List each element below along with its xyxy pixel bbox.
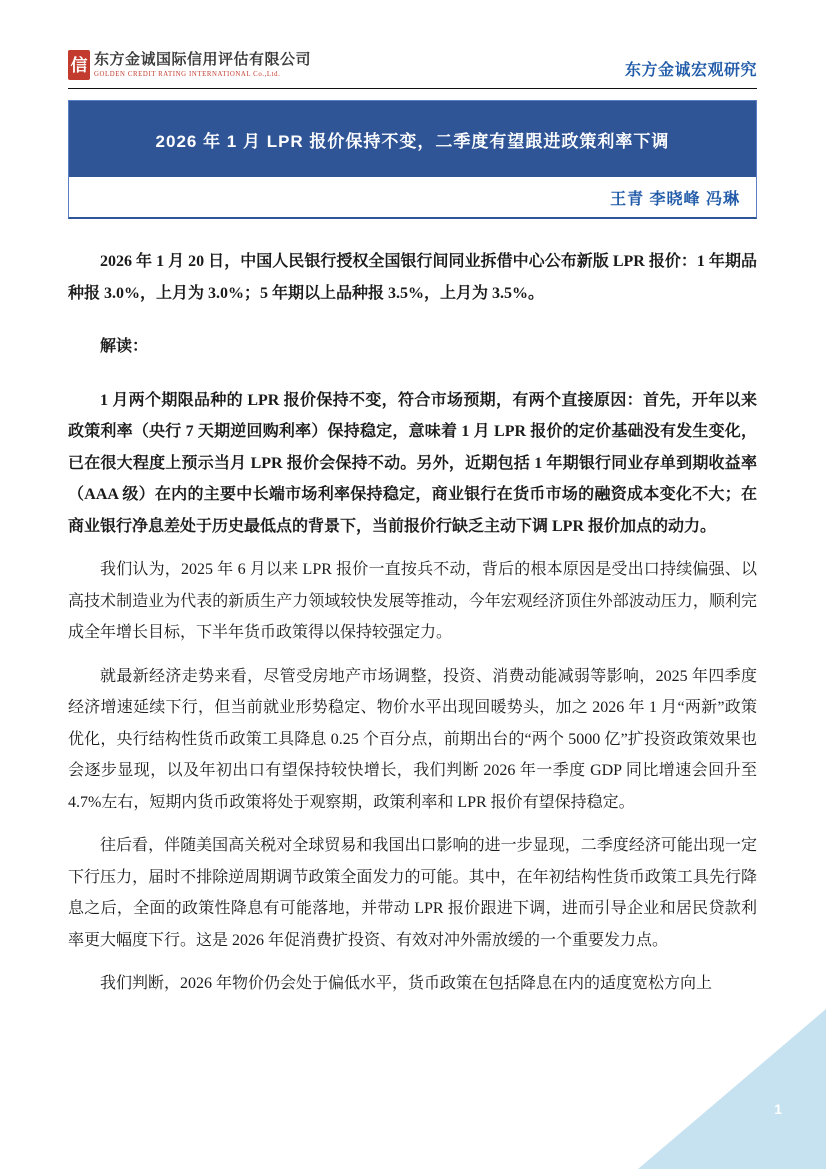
header-divider (68, 88, 757, 89)
paragraph: 我们认为，2025 年 6 月以来 LPR 报价一直按兵不动，背后的根本原因是受… (68, 554, 757, 649)
report-header: 信 东方金诚国际信用评估有限公司 GOLDEN CREDIT RATING IN… (68, 50, 757, 80)
company-name-block: 东方金诚国际信用评估有限公司 GOLDEN CREDIT RATING INTE… (94, 52, 311, 78)
paragraph: 解读： (68, 331, 757, 363)
page-number: 1 (774, 1101, 782, 1117)
company-name-en: GOLDEN CREDIT RATING INTERNATIONAL Co.,L… (94, 71, 311, 78)
paragraph: 1 月两个期限品种的 LPR 报价保持不变，符合市场预期，有两个直接原因：首先，… (68, 385, 757, 543)
corner-triangle-decoration (638, 1009, 826, 1169)
authors-row: 王青 李晓峰 冯琳 (69, 177, 756, 217)
paragraph: 2026 年 1 月 20 日，中国人民银行授权全国银行间同业拆借中心公布新版 … (68, 246, 757, 309)
paragraph: 就最新经济走势来看，尽管受房地产市场调整，投资、消费动能减弱等影响，2025 年… (68, 661, 757, 819)
title-bar: 2026 年 1 月 LPR 报价保持不变，二季度有望跟进政策利率下调 (69, 101, 756, 177)
report-series-label: 东方金诚宏观研究 (625, 57, 757, 80)
company-logo: 信 东方金诚国际信用评估有限公司 GOLDEN CREDIT RATING IN… (68, 50, 311, 80)
report-body: 2026 年 1 月 20 日，中国人民银行授权全国银行间同业拆借中心公布新版 … (68, 246, 757, 1012)
company-seal-icon: 信 (68, 50, 90, 80)
paragraph: 我们判断，2026 年物价仍会处于偏低水平，货币政策在包括降息在内的适度宽松方向… (68, 968, 757, 1000)
document-page: 信 东方金诚国际信用评估有限公司 GOLDEN CREDIT RATING IN… (0, 0, 826, 1169)
company-name-cn: 东方金诚国际信用评估有限公司 (94, 52, 311, 69)
title-box: 2026 年 1 月 LPR 报价保持不变，二季度有望跟进政策利率下调 王青 李… (68, 100, 757, 219)
authors: 王青 李晓峰 冯琳 (610, 186, 740, 209)
paragraph: 往后看，伴随美国高关税对全球贸易和我国出口影响的进一步显现，二季度经济可能出现一… (68, 830, 757, 956)
report-title: 2026 年 1 月 LPR 报价保持不变，二季度有望跟进政策利率下调 (156, 127, 670, 152)
